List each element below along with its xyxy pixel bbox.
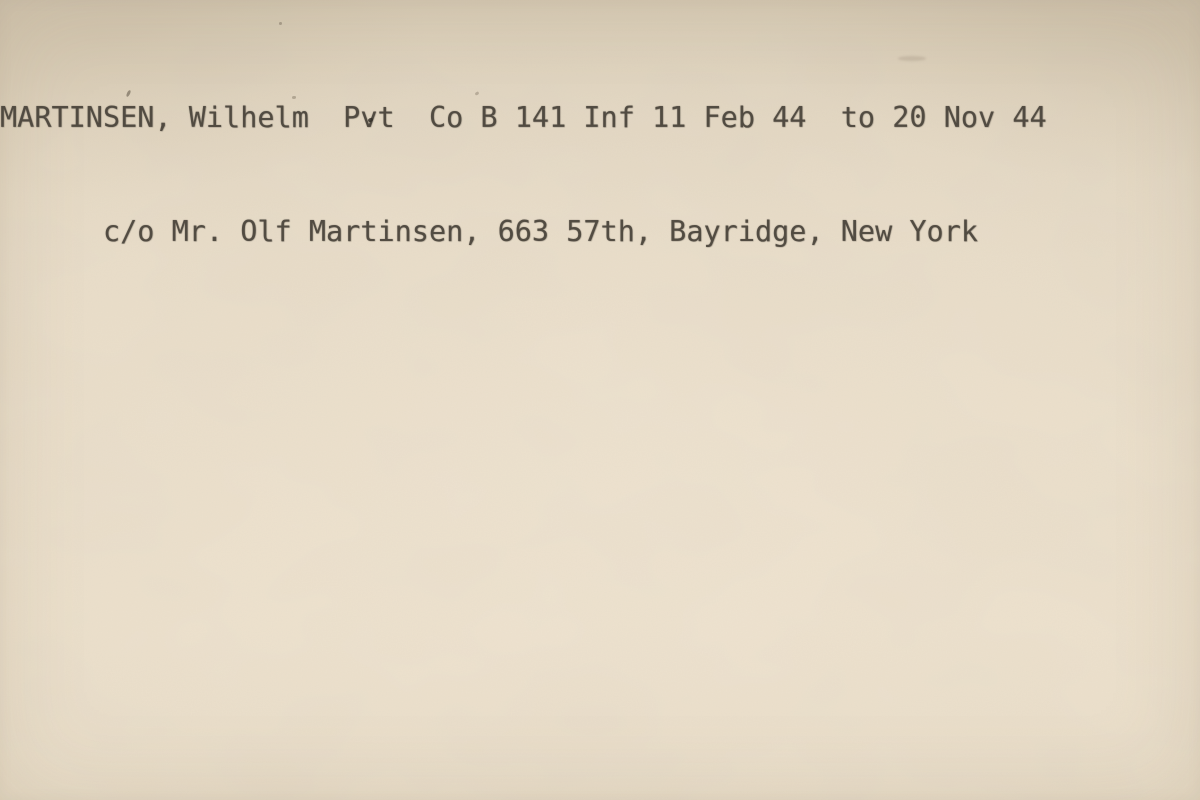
index-card: MARTINSEN, Wilhelm Pvt Co B 141 Inf 11 F… [0,0,1200,800]
paper-smudge [898,56,926,61]
typed-line-address: c/o Mr. Olf Martinsen, 663 57th, Bayridg… [0,213,1047,251]
typed-text-block: MARTINSEN, Wilhelm Pvt Co B 141 Inf 11 F… [0,23,1047,327]
typed-line-service-record: MARTINSEN, Wilhelm Pvt Co B 141 Inf 11 F… [0,99,1047,137]
